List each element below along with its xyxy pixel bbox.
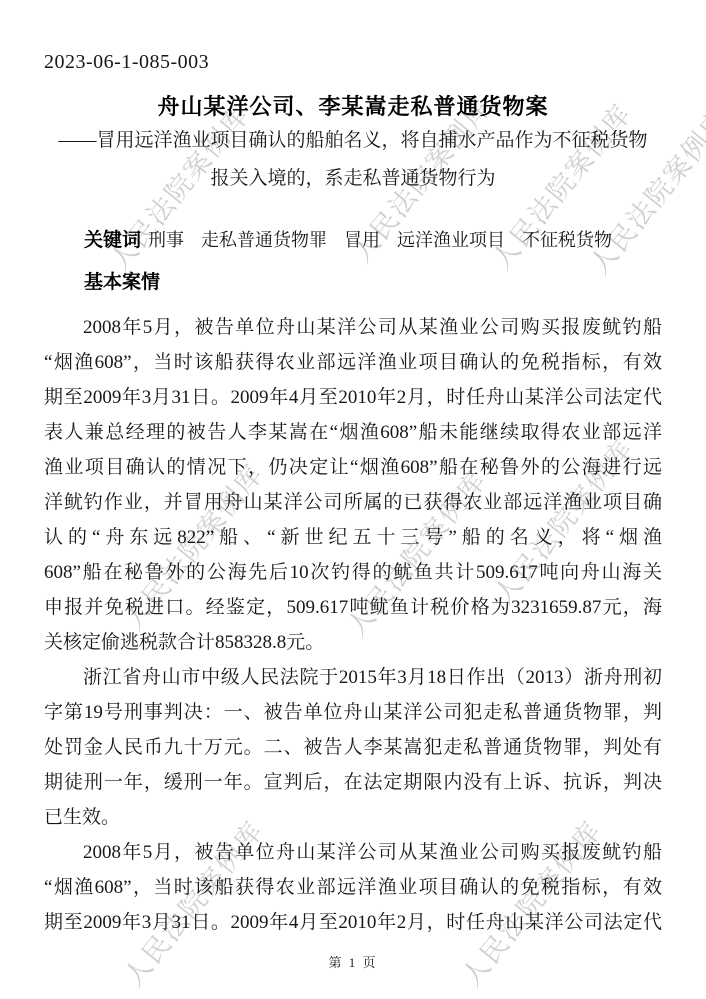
text-line: 关核定偷逃税款合计858328.8元。 xyxy=(44,625,662,660)
text-line: 2008年5月，被告单位舟山某洋公司从某渔业公司购买报废鱿钓船 xyxy=(44,835,662,870)
keyword-item: 冒用 xyxy=(344,230,380,250)
text-line: 期至2009年3月31日。2009年4月至2010年2月，时任舟山某洋公司法定代 xyxy=(44,905,662,940)
keywords-label: 关键词 xyxy=(84,229,141,251)
text-line: 洋鱿钓作业，并冒用舟山某洋公司所属的已获得农业部远洋渔业项目确 xyxy=(44,485,662,520)
keyword-item: 刑事 xyxy=(148,230,184,250)
text-line: 2008年5月，被告单位舟山某洋公司从某渔业公司购买报废鱿钓船 xyxy=(44,310,662,345)
page-number: 第 1 页 xyxy=(0,952,706,971)
subtitle-line: ——冒用远洋渔业项目确认的船舶名义，将自捕水产品作为不征税货物 xyxy=(44,122,662,160)
keyword-item: 不征税货物 xyxy=(522,230,612,250)
subtitle-line: 报关入境的，系走私普通货物行为 xyxy=(44,160,662,198)
text-line: 申报并免税进口。经鉴定，509.617吨鱿鱼计税价格为3231659.87元，海 xyxy=(44,590,662,625)
keyword-item: 走私普通货物罪 xyxy=(201,230,327,250)
text-line: 渔业项目确认的情况下，仍决定让“烟渔608”船在秘鲁外的公海进行远 xyxy=(44,450,662,485)
keyword-item: 远洋渔业项目 xyxy=(397,230,505,250)
text-line: 表人兼总经理的被告人李某嵩在“烟渔608”船未能继续取得农业部远洋 xyxy=(44,415,662,450)
text-line: 字第19号刑事判决：一、被告单位舟山某洋公司犯走私普通货物罪，判 xyxy=(44,695,662,730)
document-page: 人民法院案例库人民法院案例库人民法院案例库人民法院案例库人民法院案例库人民法院案… xyxy=(0,0,706,999)
text-line: “烟渔608”，当时该船获得农业部远洋渔业项目确认的免税指标，有效 xyxy=(44,870,662,905)
case-subtitle: ——冒用远洋渔业项目确认的船舶名义，将自捕水产品作为不征税货物 报关入境的，系走… xyxy=(44,122,662,198)
section-heading: 基本案情 xyxy=(44,267,662,297)
paragraph: 浙江省舟山市中级人民法院于2015年3月18日作出（2013）浙舟刑初字第19号… xyxy=(44,660,662,835)
text-line: 608”船在秘鲁外的公海先后10次钓得的鱿鱼共计509.617吨向舟山海关 xyxy=(44,555,662,590)
text-line: 浙江省舟山市中级人民法院于2015年3月18日作出（2013）浙舟刑初 xyxy=(44,660,662,695)
text-line: 认的“舟东远822”船、“新世纪五十三号”船的名义，将“烟渔 xyxy=(44,520,662,555)
body-paragraphs: 2008年5月，被告单位舟山某洋公司从某渔业公司购买报废鱿钓船“烟渔608”，当… xyxy=(44,310,662,940)
document-content: 2023-06-1-085-003 舟山某洋公司、李某嵩走私普通货物案 ——冒用… xyxy=(0,0,706,940)
text-line: 期至2009年3月31日。2009年4月至2010年2月，时任舟山某洋公司法定代 xyxy=(44,380,662,415)
case-number: 2023-06-1-085-003 xyxy=(44,0,662,74)
keywords-list: 刑事走私普通货物罪冒用远洋渔业项目不征税货物 xyxy=(148,230,629,250)
text-line: “烟渔608”，当时该船获得农业部远洋渔业项目确认的免税指标，有效 xyxy=(44,345,662,380)
text-line: 处罚金人民币九十万元。二、被告人李某嵩犯走私普通货物罪，判处有 xyxy=(44,730,662,765)
keywords-row: 关键词刑事走私普通货物罪冒用远洋渔业项目不征税货物 xyxy=(44,225,662,255)
paragraph: 2008年5月，被告单位舟山某洋公司从某渔业公司购买报废鱿钓船“烟渔608”，当… xyxy=(44,835,662,940)
case-title: 舟山某洋公司、李某嵩走私普通货物案 xyxy=(44,94,662,122)
text-line: 期徒刑一年，缓刑一年。宣判后，在法定期限内没有上诉、抗诉，判决 xyxy=(44,765,662,800)
paragraph: 2008年5月，被告单位舟山某洋公司从某渔业公司购买报废鱿钓船“烟渔608”，当… xyxy=(44,310,662,660)
text-line: 已生效。 xyxy=(44,800,662,835)
